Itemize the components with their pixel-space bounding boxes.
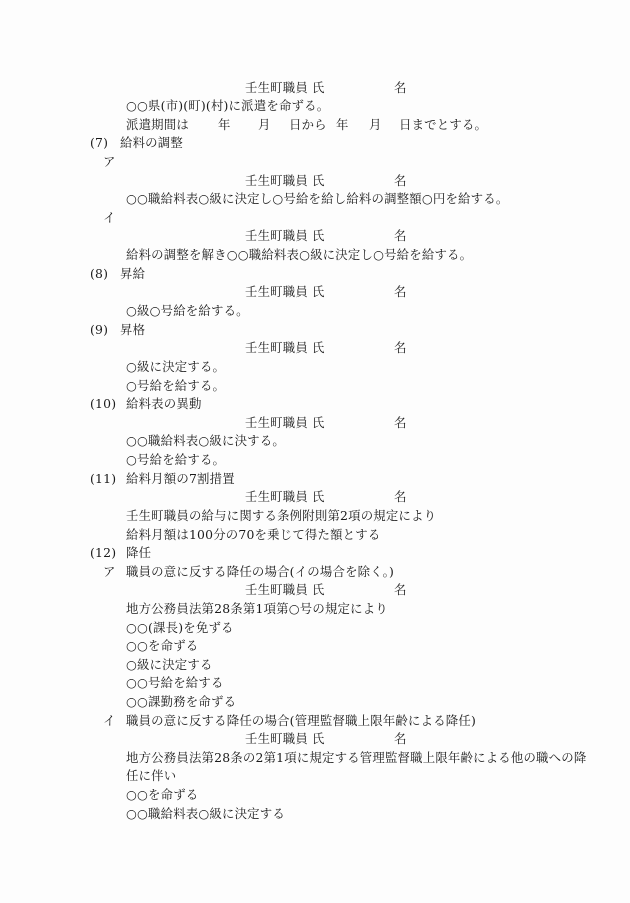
body-text: 給料月額は100分の70を乗じて得た額とする <box>126 526 380 544</box>
section-12-heading: (12) 降任 <box>0 544 630 562</box>
signature-org: 壬生町職員 <box>245 414 308 432</box>
signature-org: 壬生町職員 <box>245 581 308 599</box>
section-number: (10) <box>90 395 116 413</box>
section-9-text-1: ○級に決定する。 <box>0 358 630 376</box>
body-text: 給料の調整を解き○○職給料表○級に決定し○号給を給する。 <box>126 246 472 264</box>
body-text: 地方公務員法第28条第1項第○号の規定により <box>126 600 388 618</box>
section-title: 昇格 <box>120 321 145 339</box>
body-text: 地方公務員法第28条の2第1項に規定する管理監督職上限年齢による他の職への降 <box>126 749 586 767</box>
dispatch-order: ○○県(市)(町)(村)に派遣を命ずる。 <box>0 97 630 115</box>
subsection-label: ア <box>103 153 116 171</box>
signature-org: 壬生町職員 <box>245 283 308 301</box>
section-7-i-label: イ <box>0 209 630 227</box>
signature-surname: 氏 <box>312 79 325 97</box>
section-7-a-text: ○○職給料表○級に決定し○号給を給し給料の調整額○円を給する。 <box>0 190 630 208</box>
dispatch-day-until: 日までとする。 <box>399 116 487 134</box>
signature-org: 壬生町職員 <box>245 488 308 506</box>
signature-line: 壬生町職員 氏 名 <box>0 730 630 748</box>
section-11-heading: (11) 給料月額の7割措置 <box>0 470 630 488</box>
section-12-a-line: ○級に決定する <box>0 656 630 674</box>
section-12-a-line: ○○課勤務を命ずる <box>0 693 630 711</box>
section-12-i-line: ○○を命ずる <box>0 786 630 804</box>
signature-given-name: 名 <box>394 581 407 599</box>
signature-org: 壬生町職員 <box>245 730 308 748</box>
signature-line: 壬生町職員 氏 名 <box>0 339 630 357</box>
section-8-text: ○級○号給を給する。 <box>0 302 630 320</box>
section-number: (12) <box>90 544 116 562</box>
signature-org: 壬生町職員 <box>245 339 308 357</box>
section-10-heading: (10) 給料表の異動 <box>0 395 630 413</box>
body-text: ○○を命ずる <box>126 786 198 804</box>
section-12-a-line: ○○号給を給する <box>0 674 630 692</box>
dispatch-year-1: 年 <box>218 116 231 134</box>
document-page: 壬生町職員 氏 名 ○○県(市)(町)(村)に派遣を命ずる。 派遣期間は 年 月… <box>0 0 630 903</box>
signature-given-name: 名 <box>394 172 407 190</box>
body-text: ○級に決定する <box>126 656 213 674</box>
body-text: 壬生町職員の給与に関する条例附則第2項の規定により <box>126 507 436 525</box>
section-12-a-heading: ア 職員の意に反する降任の場合(イの場合を除く。) <box>0 563 630 581</box>
signature-org: 壬生町職員 <box>245 79 308 97</box>
signature-surname: 氏 <box>312 581 325 599</box>
signature-given-name: 名 <box>394 339 407 357</box>
section-12-i-line: 任に伴い <box>0 767 630 785</box>
section-12-i-line: 地方公務員法第28条の2第1項に規定する管理監督職上限年齢による他の職への降 <box>0 749 630 767</box>
body-text: ○○職給料表○級に決定し○号給を給し給料の調整額○円を給する。 <box>126 190 508 208</box>
section-title: 給料の調整 <box>120 134 183 152</box>
signature-line: 壬生町職員 氏 名 <box>0 227 630 245</box>
section-number: (11) <box>90 470 116 488</box>
body-text: ○○職給料表○級に決定する <box>126 805 285 823</box>
signature-surname: 氏 <box>312 414 325 432</box>
dispatch-month-1: 月 <box>258 116 271 134</box>
section-12-i-heading: イ 職員の意に反する降任の場合(管理監督職上限年齢による降任) <box>0 712 630 730</box>
subsection-label: ア <box>103 563 116 581</box>
signature-org: 壬生町職員 <box>245 172 308 190</box>
body-text: ○級○号給を給する。 <box>126 302 249 320</box>
section-number: (9) <box>90 321 108 339</box>
body-text: ○級に決定する。 <box>126 358 225 376</box>
section-9-text-2: ○号給を給する。 <box>0 377 630 395</box>
section-11-text-2: 給料月額は100分の70を乗じて得た額とする <box>0 526 630 544</box>
signature-given-name: 名 <box>394 283 407 301</box>
body-text: 任に伴い <box>126 767 176 785</box>
subsection-label: イ <box>103 209 116 227</box>
signature-line: 壬生町職員 氏 名 <box>0 283 630 301</box>
body-text: ○○(課長)を免ずる <box>126 619 234 637</box>
body-text: ○号給を給する。 <box>126 377 225 395</box>
section-10-text-2: ○号給を給する。 <box>0 451 630 469</box>
signature-surname: 氏 <box>312 730 325 748</box>
signature-surname: 氏 <box>312 227 325 245</box>
section-title: 昇給 <box>120 265 145 283</box>
signature-given-name: 名 <box>394 488 407 506</box>
body-text: ○○を命ずる <box>126 637 198 655</box>
dispatch-year-2: 年 <box>336 116 349 134</box>
subsection-title: 職員の意に反する降任の場合(管理監督職上限年齢による降任) <box>126 712 476 730</box>
subsection-title: 職員の意に反する降任の場合(イの場合を除く。) <box>126 563 394 581</box>
section-11-text-1: 壬生町職員の給与に関する条例附則第2項の規定により <box>0 507 630 525</box>
signature-line: 壬生町職員 氏 名 <box>0 79 630 97</box>
section-12-a-line: ○○(課長)を免ずる <box>0 619 630 637</box>
signature-org: 壬生町職員 <box>245 227 308 245</box>
signature-line: 壬生町職員 氏 名 <box>0 172 630 190</box>
signature-surname: 氏 <box>312 488 325 506</box>
signature-surname: 氏 <box>312 339 325 357</box>
section-7-i-text: 給料の調整を解き○○職給料表○級に決定し○号給を給する。 <box>0 246 630 264</box>
signature-line: 壬生町職員 氏 名 <box>0 488 630 506</box>
body-text: ○号給を給する。 <box>126 451 225 469</box>
section-8-heading: (8) 昇給 <box>0 265 630 283</box>
dispatch-period: 派遣期間は 年 月 日から 年 月 日までとする。 <box>0 116 630 134</box>
dispatch-order-text: ○○県(市)(町)(村)に派遣を命ずる。 <box>126 97 329 115</box>
signature-surname: 氏 <box>312 283 325 301</box>
section-number: (8) <box>90 265 108 283</box>
signature-surname: 氏 <box>312 172 325 190</box>
section-title: 給料表の異動 <box>126 395 202 413</box>
section-title: 給料月額の7割措置 <box>126 470 235 488</box>
subsection-label: イ <box>103 712 116 730</box>
dispatch-month-2: 月 <box>369 116 382 134</box>
section-title: 降任 <box>126 544 151 562</box>
signature-line: 壬生町職員 氏 名 <box>0 581 630 599</box>
section-9-heading: (9) 昇格 <box>0 321 630 339</box>
body-text: ○○号給を給する <box>126 674 224 692</box>
body-text: ○○職給料表○級に決する。 <box>126 432 285 450</box>
dispatch-period-prefix: 派遣期間は <box>126 116 189 134</box>
body-text: ○○課勤務を命ずる <box>126 693 236 711</box>
section-12-a-line: 地方公務員法第28条第1項第○号の規定により <box>0 600 630 618</box>
section-7-a-label: ア <box>0 153 630 171</box>
section-number: (7) <box>90 134 108 152</box>
section-12-i-line: ○○職給料表○級に決定する <box>0 805 630 823</box>
dispatch-day-from: 日から <box>289 116 327 134</box>
signature-given-name: 名 <box>394 227 407 245</box>
section-10-text-1: ○○職給料表○級に決する。 <box>0 432 630 450</box>
section-12-a-line: ○○を命ずる <box>0 637 630 655</box>
signature-given-name: 名 <box>394 414 407 432</box>
signature-given-name: 名 <box>394 730 407 748</box>
signature-line: 壬生町職員 氏 名 <box>0 414 630 432</box>
section-7-heading: (7) 給料の調整 <box>0 134 630 152</box>
signature-given-name: 名 <box>394 79 407 97</box>
